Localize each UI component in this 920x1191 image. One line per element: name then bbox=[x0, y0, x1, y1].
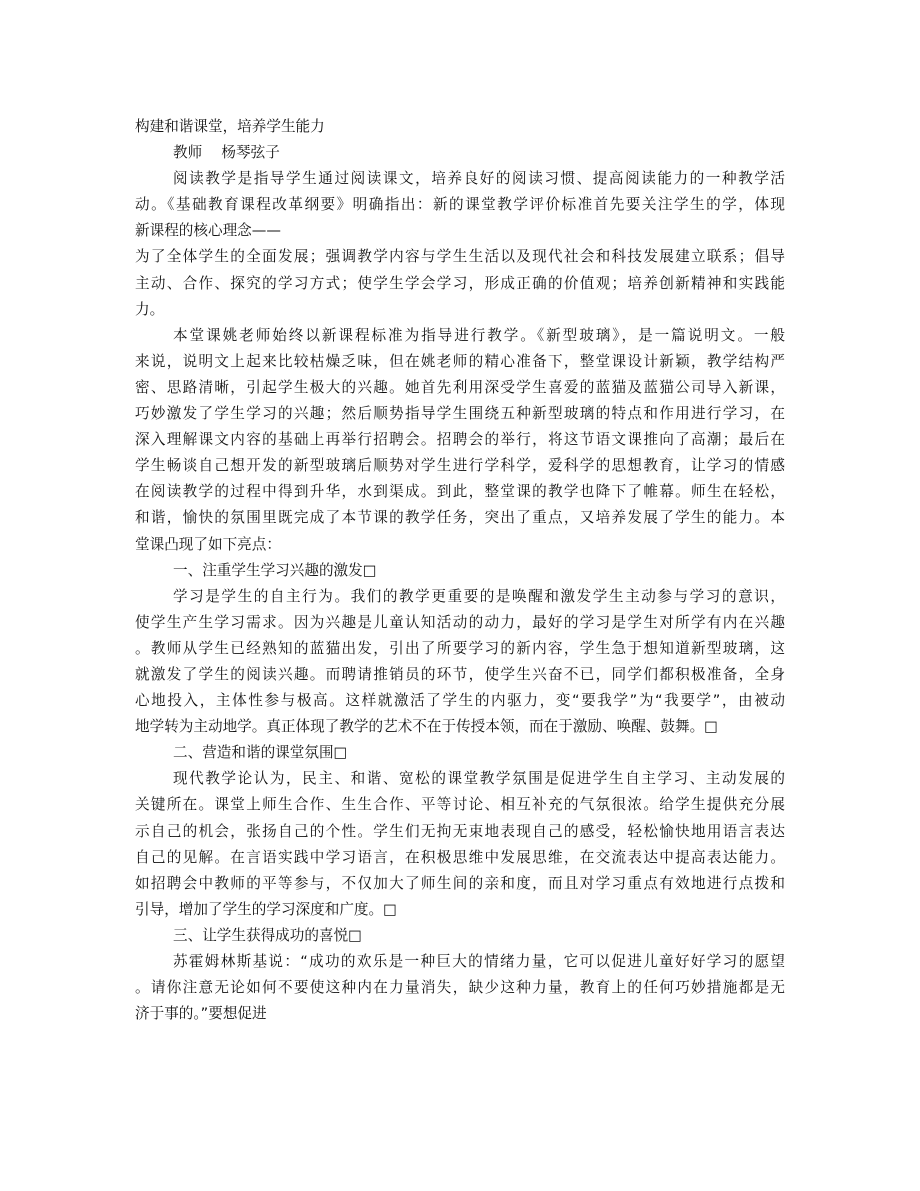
text-line: 深入理解课文内容的基础上再举行招聘会。招聘会的举行，将这节语文课推向了高潮；最后… bbox=[135, 427, 785, 453]
text-line: 一、注重学生学习兴趣的激发□ bbox=[135, 558, 785, 584]
document-page: 构建和谐课堂，培养学生能力 教师 杨琴弦子 阅读教学是指导学生通过阅读课文，培养… bbox=[135, 114, 785, 1027]
text-line: 堂课凸现了如下亮点： bbox=[135, 532, 785, 558]
author-line: 教师 杨琴弦子 bbox=[135, 140, 785, 166]
text-line: 就激发了学生的阅读兴趣。而聘请推销员的环节，使学生兴奋不已，同学们都积极准备，全… bbox=[135, 662, 785, 688]
text-line: 为了全体学生的全面发展；强调教学内容与学生生活以及现代社会和科技发展建立联系；倡… bbox=[135, 244, 785, 270]
text-line: 示自己的机会，张扬自己的个性。学生们无拘无束地表现自己的感受，轻松愉快地用语言表… bbox=[135, 819, 785, 845]
text-line: 心地投入，主体性参与极高。这样就激活了学生的内驱力，变“要我学”为“我要学”，由… bbox=[135, 688, 785, 714]
text-line: 来说，说明文上起来比较枯燥乏味，但在姚老师的精心准备下，整堂课设计新颖，教学结构… bbox=[135, 349, 785, 375]
text-line: 密、思路清晰，引起学生极大的兴趣。她首先利用深受学生喜爱的蓝猫及蓝猫公司导入新课… bbox=[135, 375, 785, 401]
text-line: 关键所在。课堂上师生合作、生生合作、平等讨论、相互补充的气氛很浓。给学生提供充分… bbox=[135, 792, 785, 818]
text-line: 巧妙激发了学生学习的兴趣；然后顺势指导学生围绕五种新型玻璃的特点和作用进行学习，… bbox=[135, 401, 785, 427]
text-line: 本堂课姚老师始终以新课程标准为指导进行教学。《新型玻璃》，是一篇说明文。一般 bbox=[135, 323, 785, 349]
text-line: 阅读教学是指导学生通过阅读课文，培养良好的阅读习惯、提高阅读能力的一种教学活 bbox=[135, 166, 785, 192]
text-line: 主动、合作、探究的学习方式；使学生学会学习，形成正确的价值观；培养创新精神和实践… bbox=[135, 271, 785, 297]
text-line: 如招聘会中教师的平等参与，不仅加大了师生间的亲和度，而且对学习重点有效地进行点拨… bbox=[135, 871, 785, 897]
text-line: 二、营造和谐的课堂氛围□ bbox=[135, 740, 785, 766]
text-line: 和谐，愉快的氛围里既完成了本节课的教学任务，突出了重点，又培养发展了学生的能力。… bbox=[135, 505, 785, 531]
text-line: 。教师从学生已经熟知的蓝猫出发，引出了所要学习的新内容，学生急于想知道新型玻璃，… bbox=[135, 636, 785, 662]
text-line: 学习是学生的自主行为。我们的教学更重要的是唤醒和激发学生主动参与学习的意识， bbox=[135, 584, 785, 610]
text-line: 动。《基础教育课程改革纲要》明确指出：新的课堂教学评价标准首先要关注学生的学，体… bbox=[135, 192, 785, 218]
text-line: 现代教学论认为，民主、和谐、宽松的课堂教学氛围是促进学生自主学习、主动发展的 bbox=[135, 766, 785, 792]
text-line: 地学转为主动地学。真正体现了教学的艺术不在于传授本领，而在于激励、唤醒、鼓舞。□ bbox=[135, 714, 785, 740]
text-line: 引导，增加了学生的学习深度和广度。□ bbox=[135, 897, 785, 923]
text-line: 三、让学生获得成功的喜悦□ bbox=[135, 923, 785, 949]
document-title: 构建和谐课堂，培养学生能力 bbox=[135, 114, 785, 140]
document-body: 阅读教学是指导学生通过阅读课文，培养良好的阅读习惯、提高阅读能力的一种教学活动。… bbox=[135, 166, 785, 1027]
text-line: 在阅读教学的过程中得到升华，水到渠成。到此，整堂课的教学也降下了帷幕。师生在轻松… bbox=[135, 479, 785, 505]
text-line: 力。 bbox=[135, 297, 785, 323]
text-line: 济于事的。”要想促进 bbox=[135, 1001, 785, 1027]
text-line: 自己的见解。在言语实践中学习语言，在积极思维中发展思维，在交流表达中提高表达能力… bbox=[135, 845, 785, 871]
text-line: 苏霍姆林斯基说：“成功的欢乐是一种巨大的情绪力量，它可以促进儿童好好学习的愿望 bbox=[135, 949, 785, 975]
text-line: 学生畅谈自己想开发的新型玻璃后顺势对学生进行学科学，爱科学的思想教育，让学习的情… bbox=[135, 453, 785, 479]
text-line: 使学生产生学习需求。因为兴趣是儿童认知活动的动力，最好的学习是学生对所学有内在兴… bbox=[135, 610, 785, 636]
text-line: 。请你注意无论如何不要使这种内在力量消失，缺少这种力量，教育上的任何巧妙措施都是… bbox=[135, 975, 785, 1001]
text-line: 新课程的核心理念—— bbox=[135, 218, 785, 244]
